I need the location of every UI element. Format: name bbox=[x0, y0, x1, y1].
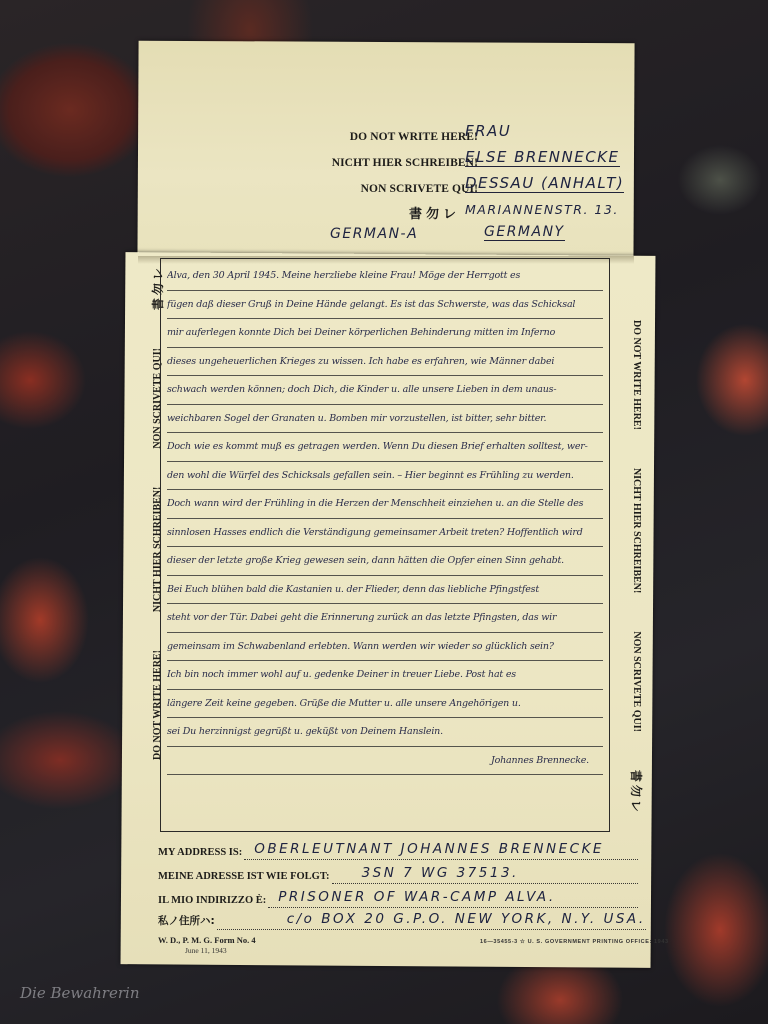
letter-line: schwach werden können; doch Dich, die Ki… bbox=[167, 375, 603, 405]
right-stamp-japanese: 書勿レ bbox=[629, 770, 646, 815]
recipient-city: DESSAU (ANHALT) bbox=[465, 174, 624, 193]
letter-line: Bei Euch blühen bald die Kastanien u. de… bbox=[167, 575, 603, 605]
letter-line: fügen daß dieser Gruß in Deine Hände gel… bbox=[167, 290, 603, 320]
watermark: Die Bewahrerin bbox=[20, 984, 140, 1002]
recipient-title: FRAU bbox=[465, 122, 511, 140]
sender-postal: c/o BOX 20 G.P.O. NEW YORK, N.Y. USA. bbox=[217, 909, 646, 930]
stamp-japanese: 書勿レ bbox=[328, 202, 478, 228]
sender-label-jp: 私ノ住所ハ: bbox=[158, 913, 215, 930]
letter-line: weichbaren Sogel der Granaten u. Bomben … bbox=[167, 404, 603, 434]
letter-line: gemeinsam im Schwabenland erlebten. Wann… bbox=[167, 632, 603, 662]
letter-line: Alva, den 30 April 1945. Meine herzliebe… bbox=[167, 261, 603, 291]
recipient-name: ELSE BRENNECKE bbox=[465, 148, 620, 167]
letter-line: längere Zeit keine gegeben. Grüße die Mu… bbox=[167, 689, 603, 719]
recipient-street: MARIANNENSTR. 13. bbox=[465, 202, 619, 217]
letter-line: mir auferlegen konnte Dich bei Deiner kö… bbox=[167, 318, 603, 348]
letter-line: Doch wann wird der Frühling in die Herze… bbox=[167, 489, 603, 519]
right-stamp-english: DO NOT WRITE HERE! bbox=[632, 320, 643, 430]
sender-name: OBERLEUTNANT JOHANNES BRENNECKE bbox=[244, 839, 638, 860]
recipient-country: GERMANY bbox=[484, 224, 565, 241]
sender-camp: PRISONER OF WAR-CAMP ALVA. bbox=[268, 887, 638, 908]
stamp-english: DO NOT WRITE HERE! bbox=[328, 124, 478, 150]
letter-line: steht vor der Tür. Dabei geht die Erinne… bbox=[167, 603, 603, 633]
sender-label-en: MY ADDRESS IS: bbox=[158, 847, 242, 860]
letter-line: sinnlosen Hasses endlich die Verständigu… bbox=[167, 518, 603, 548]
letter-line: Ich bin noch immer wohl auf u. gedenke D… bbox=[167, 660, 603, 690]
letter-line: sei Du herzinnigst gegrüßt u. geküßt von… bbox=[167, 717, 603, 747]
sender-label-it: IL MIO INDIRIZZO È: bbox=[158, 895, 266, 908]
form-date: June 11, 1943 bbox=[185, 946, 227, 955]
right-stamp-german: NICHT HIER SCHREIBEN! bbox=[632, 468, 643, 593]
language-tag: GERMAN-A bbox=[330, 226, 418, 242]
sender-row-3: IL MIO INDIRIZZO È: PRISONER OF WAR-CAMP… bbox=[158, 886, 638, 908]
letter-signature: Johannes Brennecke. bbox=[167, 746, 603, 776]
letter-line: dieser der letzte große Krieg gewesen se… bbox=[167, 546, 603, 576]
censor-stamps: DO NOT WRITE HERE! NICHT HIER SCHREIBEN!… bbox=[328, 124, 478, 228]
letter-line: dieses ungeheuerlichen Krieges zu wissen… bbox=[167, 347, 603, 377]
stamp-italian: NON SCRIVETE QUI! bbox=[328, 176, 478, 202]
letter-line: Doch wie es kommt muß es getragen werden… bbox=[167, 432, 603, 462]
printer-imprint: 16—35455-3 ☆ U. S. GOVERNMENT PRINTING O… bbox=[480, 939, 669, 945]
sender-label-de: MEINE ADRESSE IST WIE FOLGT: bbox=[158, 871, 330, 884]
form-number: W. D., P. M. G. Form No. 4 bbox=[158, 935, 256, 945]
letter-line: den wohl die Würfel des Schicksals gefal… bbox=[167, 461, 603, 491]
letter-body: Alva, den 30 April 1945. Meine herzliebe… bbox=[160, 258, 610, 832]
sender-row-4: 私ノ住所ハ: c/o BOX 20 G.P.O. NEW YORK, N.Y. … bbox=[158, 908, 638, 930]
sender-row-2: MEINE ADRESSE IST WIE FOLGT: 3SN 7 WG 37… bbox=[158, 862, 638, 884]
sender-pow-number: 3SN 7 WG 37513. bbox=[332, 863, 638, 884]
right-stamp-italian: NON SCRIVETE QUI! bbox=[632, 631, 643, 732]
right-margin-stamps: DO NOT WRITE HERE! NICHT HIER SCHREIBEN!… bbox=[628, 320, 646, 740]
sender-row-1: MY ADDRESS IS: OBERLEUTNANT JOHANNES BRE… bbox=[158, 838, 638, 860]
stamp-german: NICHT HIER SCHREIBEN! bbox=[328, 150, 478, 176]
